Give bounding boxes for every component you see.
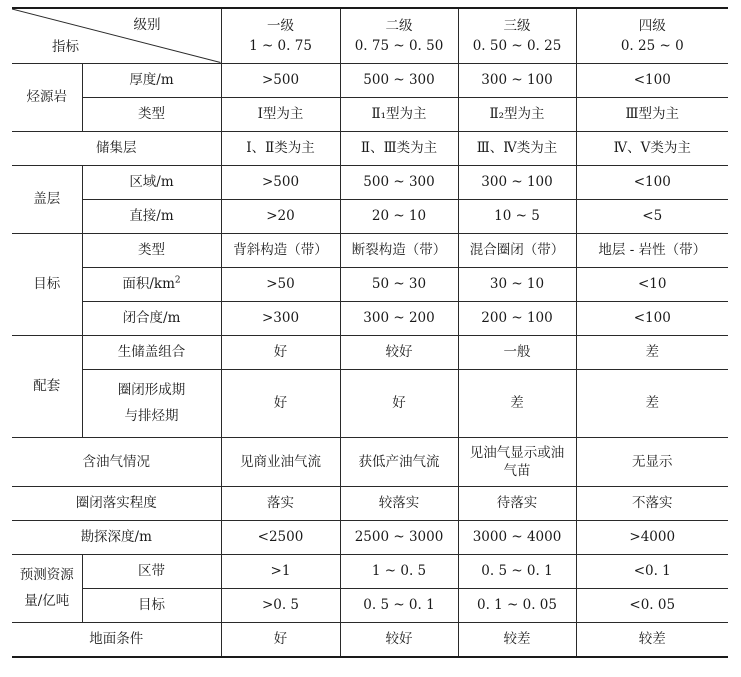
cell-value: 0. 5 ~ 0. 1 — [340, 588, 458, 622]
table-row: 直接/m >20 20 ~ 10 10 ~ 5 <5 — [12, 199, 728, 233]
cell-value: 无显示 — [576, 437, 728, 486]
table-row: 圈闭落实程度 落实 较落实 待落实 不落实 — [12, 486, 728, 520]
cell-value: 背斜构造（带） — [221, 233, 340, 267]
table-row: 盖层 区域/m >500 500 ~ 300 300 ~ 100 <100 — [12, 165, 728, 199]
indicator-axis-label: 指标 — [52, 37, 79, 57]
cell-value: 差 — [576, 335, 728, 369]
indicator-label: 区带 — [82, 554, 221, 588]
cell-value: 300 ~ 100 — [458, 165, 576, 199]
cell-value: 较落实 — [340, 486, 458, 520]
group-label: 烃源岩 — [12, 63, 82, 131]
cell-value: <100 — [576, 301, 728, 335]
indicator-label: 圈闭形成期与排烃期 — [82, 369, 221, 437]
cell-value: Ⅱ₁型为主 — [340, 97, 458, 131]
grade-axis-label: 级别 — [134, 15, 161, 35]
group-label: 盖层 — [12, 165, 82, 233]
cell-value: 300 ~ 200 — [340, 301, 458, 335]
cell-value: Ⅱ、Ⅲ类为主 — [340, 131, 458, 165]
cell-value: Ⅰ、Ⅱ类为主 — [221, 131, 340, 165]
group-label: 配套 — [12, 335, 82, 437]
indicator-label: 圈闭落实程度 — [12, 486, 221, 520]
table-row: 含油气情况 见商业油气流 获低产油气流 见油气显示或油气苗 无显示 — [12, 437, 728, 486]
cell-value: 地层 - 岩性（带） — [576, 233, 728, 267]
cell-value: 10 ~ 5 — [458, 199, 576, 233]
cell-value: >300 — [221, 301, 340, 335]
cell-value: Ⅲ型为主 — [576, 97, 728, 131]
cell-value: 混合圈闭（带） — [458, 233, 576, 267]
cell-value: Ⅱ₂型为主 — [458, 97, 576, 131]
cell-value: 见油气显示或油气苗 — [458, 437, 576, 486]
group-label: 预测资源量/亿吨 — [12, 554, 82, 622]
grade-header-1: 一级1 ~ 0. 75 — [221, 8, 340, 63]
cell-value: Ⅲ、Ⅳ类为主 — [458, 131, 576, 165]
indicator-label: 闭合度/m — [82, 301, 221, 335]
cell-value: 20 ~ 10 — [340, 199, 458, 233]
cell-value: >50 — [221, 267, 340, 301]
cell-value: 不落实 — [576, 486, 728, 520]
cell-value: 一般 — [458, 335, 576, 369]
grade-header-4: 四级0. 25 ~ 0 — [576, 8, 728, 63]
table-row: 地面条件 好 较好 较差 较差 — [12, 622, 728, 657]
table-row: 目标 >0. 5 0. 5 ~ 0. 1 0. 1 ~ 0. 05 <0. 05 — [12, 588, 728, 622]
cell-value: 好 — [221, 335, 340, 369]
table-row: 目标 类型 背斜构造（带） 断裂构造（带） 混合圈闭（带） 地层 - 岩性（带） — [12, 233, 728, 267]
table-row: 储集层 Ⅰ、Ⅱ类为主 Ⅱ、Ⅲ类为主 Ⅲ、Ⅳ类为主 Ⅳ、Ⅴ类为主 — [12, 131, 728, 165]
cell-value: 500 ~ 300 — [340, 63, 458, 97]
indicator-label: 含油气情况 — [12, 437, 221, 486]
cell-value: 30 ~ 10 — [458, 267, 576, 301]
indicator-label: 勘探深度/m — [12, 520, 221, 554]
cell-value: <10 — [576, 267, 728, 301]
cell-value: Ⅰ型为主 — [221, 97, 340, 131]
cell-value: 较差 — [576, 622, 728, 657]
indicator-label: 储集层 — [12, 131, 221, 165]
cell-value: 较好 — [340, 335, 458, 369]
grade-header-2: 二级0. 75 ~ 0. 50 — [340, 8, 458, 63]
evaluation-grade-table: 级别 指标 一级1 ~ 0. 75 二级0. 75 ~ 0. 50 三级0. 5… — [12, 7, 728, 658]
indicator-label: 区域/m — [82, 165, 221, 199]
cell-value: 落实 — [221, 486, 340, 520]
indicator-label: 目标 — [82, 588, 221, 622]
cell-value: 500 ~ 300 — [340, 165, 458, 199]
grade-header-3: 三级0. 50 ~ 0. 25 — [458, 8, 576, 63]
indicator-label: 类型 — [82, 97, 221, 131]
table-row: 圈闭形成期与排烃期 好 好 差 差 — [12, 369, 728, 437]
cell-value: 1 ~ 0. 5 — [340, 554, 458, 588]
cell-value: >4000 — [576, 520, 728, 554]
group-label: 目标 — [12, 233, 82, 335]
cell-value: >0. 5 — [221, 588, 340, 622]
table-row: 预测资源量/亿吨 区带 >1 1 ~ 0. 5 0. 5 ~ 0. 1 <0. … — [12, 554, 728, 588]
cell-value: 50 ~ 30 — [340, 267, 458, 301]
indicator-label: 直接/m — [82, 199, 221, 233]
cell-value: 差 — [576, 369, 728, 437]
cell-value: 见商业油气流 — [221, 437, 340, 486]
indicator-label: 生储盖组合 — [82, 335, 221, 369]
cell-value: <100 — [576, 165, 728, 199]
cell-value: 好 — [221, 622, 340, 657]
table-row: 闭合度/m >300 300 ~ 200 200 ~ 100 <100 — [12, 301, 728, 335]
cell-value: <0. 1 — [576, 554, 728, 588]
cell-value: <2500 — [221, 520, 340, 554]
cell-value: 200 ~ 100 — [458, 301, 576, 335]
cell-value: <5 — [576, 199, 728, 233]
cell-value: 较好 — [340, 622, 458, 657]
header-row: 级别 指标 一级1 ~ 0. 75 二级0. 75 ~ 0. 50 三级0. 5… — [12, 8, 728, 63]
cell-value: 0. 1 ~ 0. 05 — [458, 588, 576, 622]
cell-value: >500 — [221, 63, 340, 97]
table-row: 面积/km2 >50 50 ~ 30 30 ~ 10 <10 — [12, 267, 728, 301]
indicator-label: 类型 — [82, 233, 221, 267]
table-row: 类型 Ⅰ型为主 Ⅱ₁型为主 Ⅱ₂型为主 Ⅲ型为主 — [12, 97, 728, 131]
cell-value: 2500 ~ 3000 — [340, 520, 458, 554]
indicator-label: 地面条件 — [12, 622, 221, 657]
cell-value: Ⅳ、Ⅴ类为主 — [576, 131, 728, 165]
cell-value: 获低产油气流 — [340, 437, 458, 486]
indicator-label: 厚度/m — [82, 63, 221, 97]
cell-value: >20 — [221, 199, 340, 233]
corner-header-cell: 级别 指标 — [12, 8, 221, 63]
cell-value: 较差 — [458, 622, 576, 657]
table-row: 勘探深度/m <2500 2500 ~ 3000 3000 ~ 4000 >40… — [12, 520, 728, 554]
diagonal-divider — [12, 9, 221, 63]
cell-value: >500 — [221, 165, 340, 199]
cell-value: 差 — [458, 369, 576, 437]
cell-value: >1 — [221, 554, 340, 588]
cell-value: 断裂构造（带） — [340, 233, 458, 267]
table-row: 烃源岩 厚度/m >500 500 ~ 300 300 ~ 100 <100 — [12, 63, 728, 97]
cell-value: 0. 5 ~ 0. 1 — [458, 554, 576, 588]
cell-value: 好 — [340, 369, 458, 437]
cell-value: 3000 ~ 4000 — [458, 520, 576, 554]
table-row: 配套 生储盖组合 好 较好 一般 差 — [12, 335, 728, 369]
cell-value: <0. 05 — [576, 588, 728, 622]
cell-value: <100 — [576, 63, 728, 97]
cell-value: 300 ~ 100 — [458, 63, 576, 97]
cell-value: 待落实 — [458, 486, 576, 520]
cell-value: 好 — [221, 369, 340, 437]
indicator-label: 面积/km2 — [82, 267, 221, 301]
